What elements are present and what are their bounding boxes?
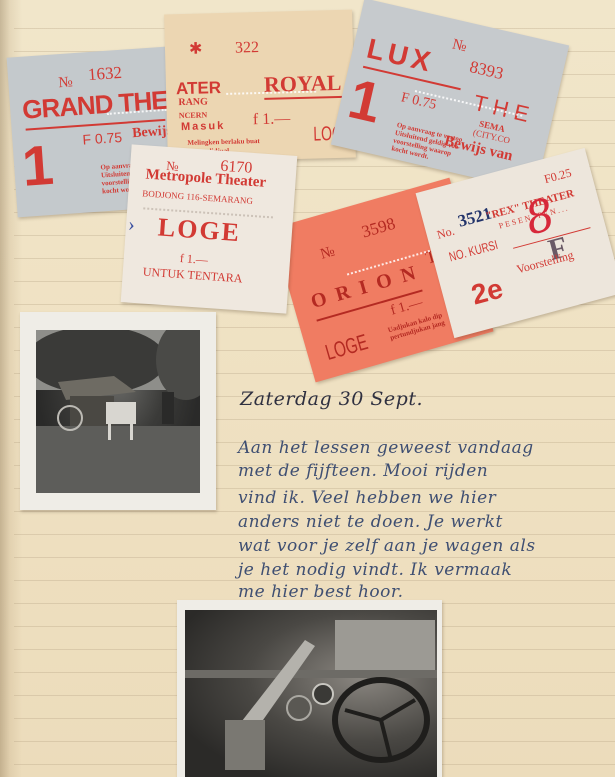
show-label: Voorstelling [515, 249, 575, 276]
ticket-note: UNTUK TENTARA [142, 266, 242, 285]
ticket-number-label: № [58, 75, 73, 91]
ticket-line: NCERN [179, 111, 208, 120]
ticket-number-label: No. [436, 225, 456, 241]
ticket-number: 8393 [468, 58, 505, 82]
journal-line: me hier best hoor. [238, 582, 404, 602]
journal-line: met de fijfteen. Mooi rijden [238, 461, 488, 481]
fineprint: Op aanvraag te vertoo Uitsluitend geldig… [391, 121, 464, 167]
ticket-category: LOGE [323, 331, 370, 364]
journal-date: Zaterdag 30 Sept. [240, 388, 423, 410]
show-number: 2e [468, 274, 505, 309]
ox-cart-illustration [36, 330, 200, 493]
ticket-category: LOGE [157, 214, 242, 246]
journal-line: je het nodig vindt. Ik vermaak [238, 560, 512, 580]
photo-image [36, 330, 200, 493]
ticket-line: RANG [178, 97, 208, 108]
class-number: 1 [20, 137, 55, 195]
ticket-price: f 1.— [253, 111, 291, 128]
dashboard-illustration [185, 610, 437, 777]
ticket-number-label: № [451, 37, 468, 55]
scrapbook-page: № 1632 GRAND THEATER 1 F 0.75 Bewijs Op … [0, 0, 615, 777]
ticket-mark: ✱ [189, 41, 203, 57]
ticket-address: BODJONG 116-SEMARANG [142, 189, 253, 206]
ticket-price: F 0.75 [82, 130, 123, 147]
ticket-number: 322 [235, 40, 259, 57]
photo-vehicle-dashboard [177, 600, 442, 777]
ticket-metropole-theater: № 6170 Metropole Theater BODJONG 116-SEM… [121, 144, 298, 313]
class-number: 1 [344, 70, 387, 132]
ticket-name: GRAND THEATER [21, 82, 177, 123]
ticket-price: f 1.— [179, 252, 208, 266]
journal-line: anders niet te doen. Je werkt [238, 512, 503, 532]
ticket-prefix: ATER [176, 79, 221, 97]
ticket-line: Masuk [181, 121, 226, 133]
journal-line: vind ik. Veel hebben we hier [238, 488, 496, 508]
ticket-number: 1632 [87, 64, 122, 83]
ticket-number: 3598 [360, 215, 397, 241]
ticket-royal: ✱ 322 ATER ROYAL RANG NCERN Masuk f 1.— … [164, 10, 356, 163]
seat-label: NO. KURSI [448, 238, 500, 263]
photo-ox-cart [20, 312, 216, 510]
photo-image [185, 610, 437, 777]
ticket-number-label: № [319, 244, 337, 262]
journal-line: wat voor je zelf aan je wagen als [238, 536, 536, 556]
ticket-price: f 1.— [389, 296, 424, 318]
journal-line: Aan het lessen geweest vandaag [238, 438, 534, 458]
ticket-price: F0.25 [543, 166, 573, 185]
fineprint: Melingken berlaku buat [187, 138, 260, 147]
blue-stamp-mark: › [127, 214, 135, 234]
